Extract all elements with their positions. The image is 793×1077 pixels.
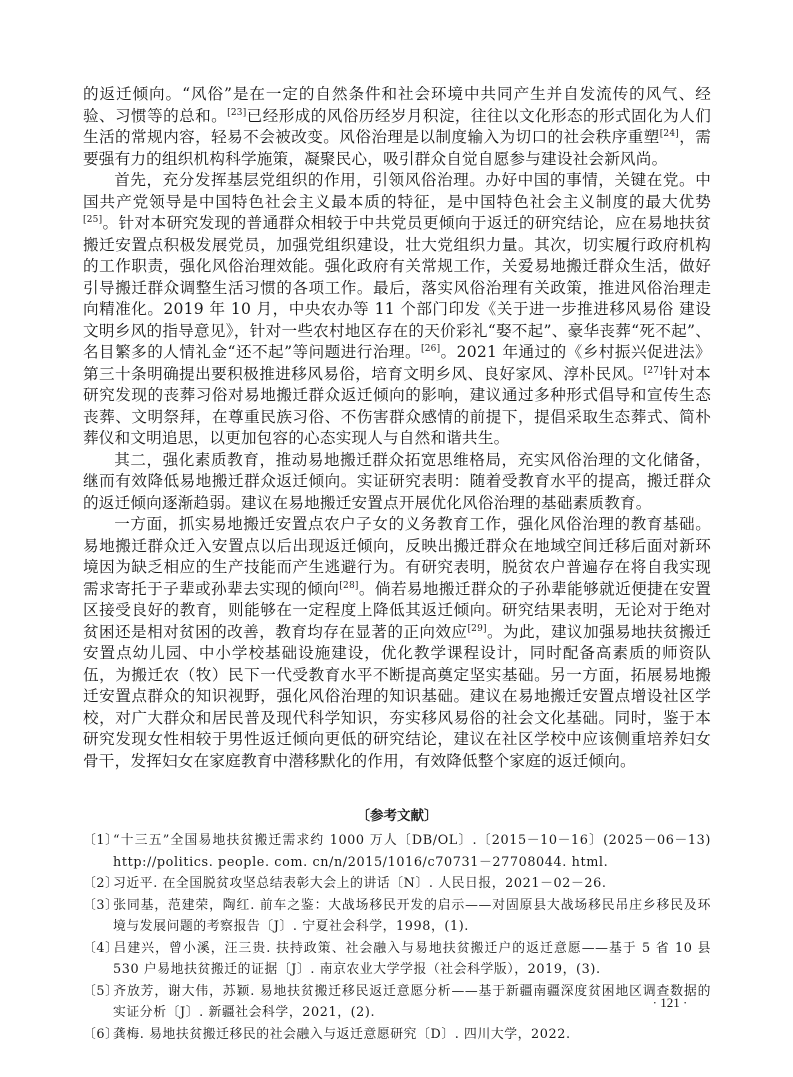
reference-text: 张同基，范建荣，陶红. 前车之鉴：大战场移民开发的启示——对固原县大战场移民吊庄… <box>113 898 711 935</box>
page-number: · 121 · <box>640 995 700 1011</box>
references-list: 〔1〕“十三五”全国易地扶贫搬迁需求约 1000 万人〔DB/OL〕.〔2015… <box>83 830 711 1045</box>
reference-number: 〔6〕 <box>83 1024 113 1046</box>
paragraph-text: 首先，充分发挥基层党组织的作用，引领风俗治理。办好中国的事情，关键在党。中国共产… <box>83 171 711 211</box>
paragraph: 的返迁倾向。“风俗”是在一定的自然条件和社会环境中共同产生并自发流传的风气、经验… <box>83 84 711 170</box>
reference-item: 〔6〕龚梅. 易地扶贫搬迁移民的社会融入与返迁意愿研究〔D〕. 四川大学，202… <box>83 1024 711 1046</box>
paragraph: 其二，强化素质教育，推动易地搬迁群众拓宽思维格局，充实风俗治理的文化储备，继而有… <box>83 450 711 515</box>
reference-text: 齐放芳，谢大伟，苏颖. 易地扶贫搬迁移民返迁意愿分析——基于新疆南疆深度贫困地区… <box>113 984 711 1021</box>
reference-item: 〔2〕习近平. 在全国脱贫攻坚总结表彰大会上的讲话〔N〕. 人民日报，2021－… <box>83 873 711 895</box>
citation-marker: [29] <box>467 624 486 634</box>
reference-number: 〔2〕 <box>83 873 113 895</box>
reference-text: 吕建兴，曾小溪，汪三贵. 扶持政策、社会融入与易地扶贫搬迁户的返迁意愿——基于 … <box>113 941 711 978</box>
citation-marker: [25] <box>83 215 102 225</box>
reference-item: 〔3〕张同基，范建荣，陶红. 前车之鉴：大战场移民开发的启示——对固原县大战场移… <box>83 895 711 938</box>
reference-text: 龚梅. 易地扶贫搬迁移民的社会融入与返迁意愿研究〔D〕. 四川大学，2022. <box>113 1027 571 1042</box>
reference-number: 〔1〕 <box>83 830 113 852</box>
citation-marker: [23] <box>227 108 246 118</box>
reference-number: 〔5〕 <box>83 981 113 1003</box>
paragraph-text: 。针对本研究发现的普通群众相较于中共党员更倾向于返迁的研究结论，应在易地扶贫搬迁… <box>83 214 711 361</box>
citation-marker: [28] <box>339 581 358 591</box>
paragraph: 首先，充分发挥基层党组织的作用，引领风俗治理。办好中国的事情，关键在党。中国共产… <box>83 170 711 450</box>
references-heading: 〔参考文献〕 <box>83 806 711 826</box>
paragraph-text: 。为此，建议加强易地扶贫搬迁安置点幼儿园、中小学校基础设施建设，优化教学课程设计… <box>83 623 711 770</box>
body-text: 的返迁倾向。“风俗”是在一定的自然条件和社会环境中共同产生并自发流传的风气、经验… <box>83 84 711 772</box>
reference-text: 习近平. 在全国脱贫攻坚总结表彰大会上的讲话〔N〕. 人民日报，2021－02－… <box>113 876 607 891</box>
reference-number: 〔3〕 <box>83 895 113 917</box>
reference-item: 〔4〕吕建兴，曾小溪，汪三贵. 扶持政策、社会融入与易地扶贫搬迁户的返迁意愿——… <box>83 938 711 981</box>
citation-marker: [27] <box>644 366 663 376</box>
citation-marker: [26] <box>421 344 440 354</box>
reference-text: “十三五”全国易地扶贫搬迁需求约 1000 万人〔DB/OL〕.〔2015－10… <box>113 833 711 870</box>
reference-item: 〔5〕齐放芳，谢大伟，苏颖. 易地扶贫搬迁移民返迁意愿分析——基于新疆南疆深度贫… <box>83 981 711 1024</box>
citation-marker: [24] <box>660 129 679 139</box>
reference-item: 〔1〕“十三五”全国易地扶贫搬迁需求约 1000 万人〔DB/OL〕.〔2015… <box>83 830 711 873</box>
reference-number: 〔4〕 <box>83 938 113 960</box>
paragraph-text: 其二，强化素质教育，推动易地搬迁群众拓宽思维格局，充实风俗治理的文化储备，继而有… <box>83 451 711 512</box>
page-content: 的返迁倾向。“风俗”是在一定的自然条件和社会环境中共同产生并自发流传的风气、经验… <box>83 84 711 1045</box>
paragraph: 一方面，抓实易地搬迁安置点农户子女的义务教育工作，强化风俗治理的教育基础。易地搬… <box>83 514 711 772</box>
